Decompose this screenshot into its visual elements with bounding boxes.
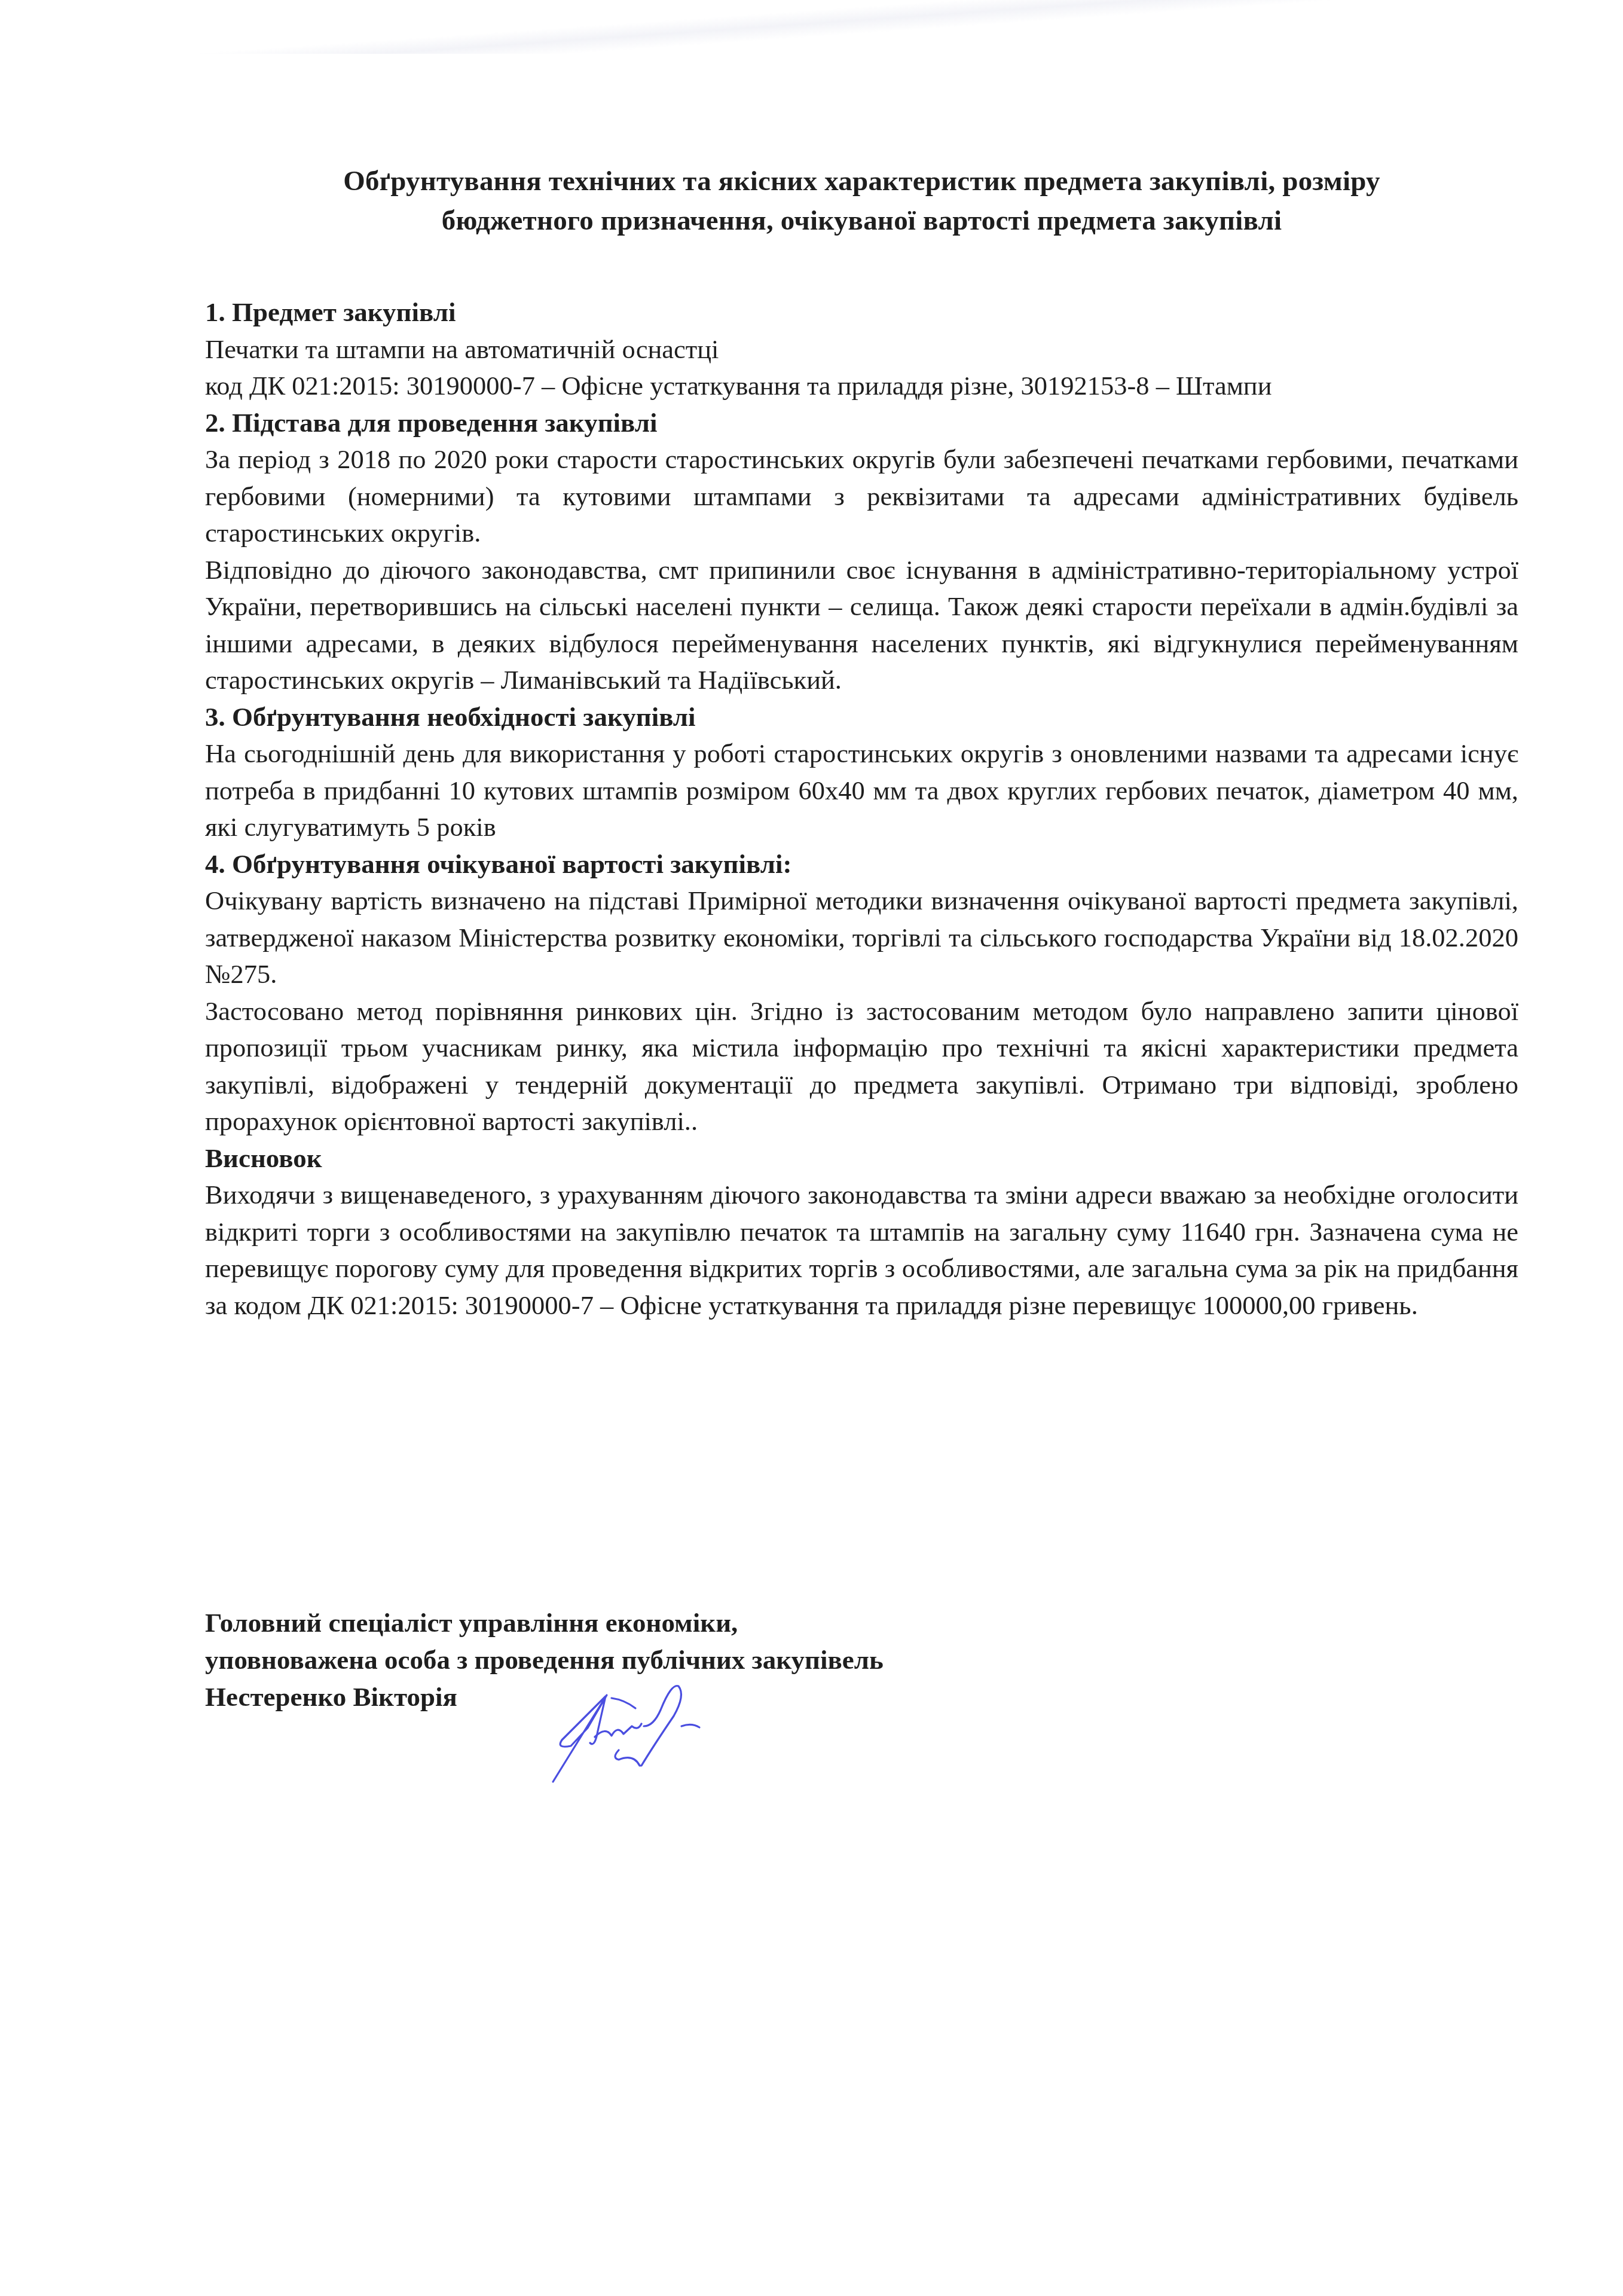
subject-line: Печатки та штампи на автоматичній оснаст… (205, 331, 1518, 368)
scan-artifact (0, 0, 1623, 54)
section-basis: 2. Підстава для проведення закупівлі За … (205, 405, 1518, 699)
section-heading: Висновок (205, 1140, 1518, 1177)
document-body: 1. Предмет закупівлі Печатки та штампи н… (205, 294, 1518, 1324)
signatory-position: Головний спеціаліст управління економіки… (205, 1604, 884, 1641)
section-heading: 2. Підстава для проведення закупівлі (205, 405, 1518, 442)
section-conclusion: Висновок Виходячи з вищенаведеного, з ур… (205, 1140, 1518, 1324)
cpv-code-line: код ДК 021:2015: 30190000-7 – Офісне уст… (205, 368, 1518, 405)
signatory-role: уповноважена особа з проведення публічни… (205, 1641, 884, 1678)
section-heading: 1. Предмет закупівлі (205, 294, 1518, 331)
section-expected-cost: 4. Обґрунтування очікуваної вартості зак… (205, 846, 1518, 1140)
paragraph: За період з 2018 по 2020 роки старости с… (205, 441, 1518, 552)
document-title: Обґрунтування технічних та якісних харак… (205, 161, 1518, 240)
section-heading: 4. Обґрунтування очікуваної вартості зак… (205, 846, 1518, 883)
paragraph: Виходячи з вищенаведеного, з урахуванням… (205, 1177, 1518, 1324)
paragraph: Очікувану вартість визначено на підставі… (205, 883, 1518, 993)
paragraph: Відповідно до діючого законодавства, смт… (205, 552, 1518, 699)
title-line-1: Обґрунтування технічних та якісних харак… (205, 161, 1518, 201)
section-heading: 3. Обґрунтування необхідності закупівлі (205, 699, 1518, 736)
paragraph: На сьогоднішній день для використання у … (205, 735, 1518, 846)
section-necessity: 3. Обґрунтування необхідності закупівлі … (205, 699, 1518, 846)
handwritten-signature-icon (535, 1683, 714, 1791)
title-line-2: бюджетного призначення, очікуваної варто… (205, 201, 1518, 240)
section-subject: 1. Предмет закупівлі Печатки та штампи н… (205, 294, 1518, 405)
paragraph: Застосовано метод порівняння ринкових ці… (205, 993, 1518, 1140)
